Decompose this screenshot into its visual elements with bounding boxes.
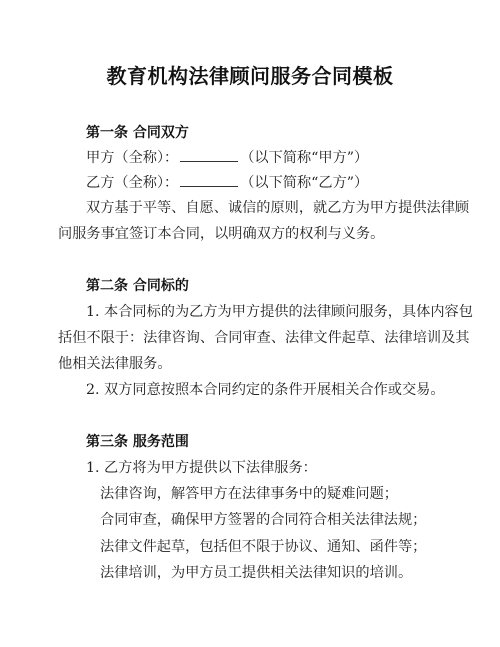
party-a-name-blank: [180, 149, 238, 162]
party-b-label: 乙方（全称）：: [86, 175, 178, 191]
section-1-paragraph-line-2: 问服务事宜签订本合同，以明确双方的权利与义务。: [58, 223, 384, 243]
party-b-alias: （以下简称“乙方”）: [240, 175, 368, 191]
party-b-name-blank: [180, 174, 238, 187]
party-b-line: 乙方（全称）：（以下简称“乙方”）: [86, 172, 368, 192]
section-3-item-drafting: 法律文件起草，包括但不限于协议、通知、函件等；: [100, 536, 426, 556]
party-a-label: 甲方（全称）：: [86, 150, 178, 166]
section-3-intro: 1. 乙方将为甲方提供以下法律服务：: [86, 457, 317, 477]
section-1-heading: 第一条 合同双方: [86, 122, 189, 142]
document-title: 教育机构法律顾问服务合同模板: [0, 60, 500, 89]
section-3-item-contract-review: 合同审查，确保甲方签署的合同符合相关法律法规；: [100, 509, 426, 529]
section-3-heading: 第三条 服务范围: [86, 431, 189, 451]
party-a-alias: （以下简称“甲方”）: [240, 150, 368, 166]
section-2-item-2: 2. 双方同意按照本合同约定的条件开展相关合作或交易。: [86, 379, 445, 399]
section-3-item-training: 法律培训，为甲方员工提供相关法律知识的培训。: [100, 562, 412, 582]
section-2-item-1-line-3: 他相关法律服务。: [58, 353, 172, 373]
section-2-item-1-line-2: 括但不限于：法律咨询、合同审查、法律文件起草、法律培训及其: [58, 327, 469, 347]
section-2-heading: 第二条 合同标的: [86, 275, 189, 295]
section-3-item-consulting: 法律咨询，解答甲方在法律事务中的疑难问题；: [100, 483, 398, 503]
party-a-line: 甲方（全称）：（以下简称“甲方”）: [86, 147, 368, 167]
section-2-item-1-line-1: 1. 本合同标的为乙方为甲方提供的法律顾问服务，具体内容包: [86, 301, 473, 321]
section-1-paragraph-line-1: 双方基于平等、自愿、诚信的原则，就乙方为甲方提供法律顾: [86, 197, 469, 217]
